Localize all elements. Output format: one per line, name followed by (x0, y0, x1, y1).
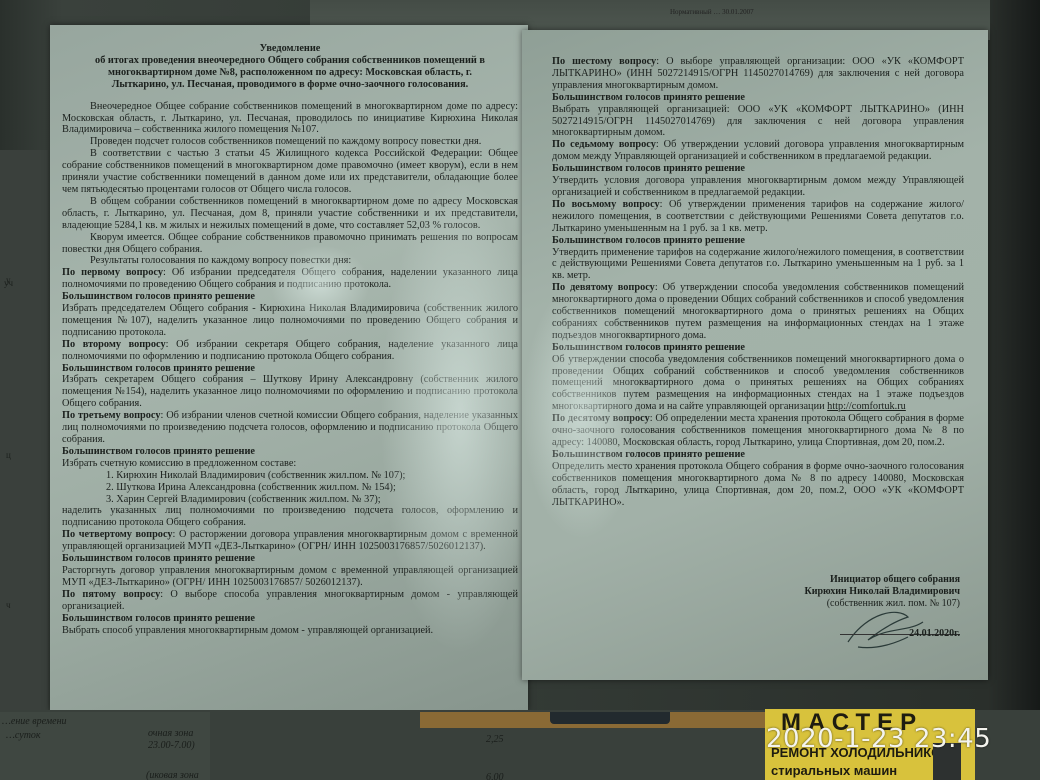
question-label: По четвертому вопросу (62, 529, 173, 540)
signature-scribble (838, 602, 928, 652)
decision-label: Большинством голосов принято решение (62, 446, 518, 458)
question-10: По десятому вопросу: Об определении мест… (552, 413, 964, 449)
decision-text: Избрать председателем Общего собрания - … (62, 303, 518, 339)
question-label: По девятому вопросу (552, 282, 655, 293)
fragment-text: 23.00-7.00) (148, 740, 195, 751)
question-9: По девятому вопросу: Об утверждении спос… (552, 282, 964, 342)
fragment-text: очная зона (148, 728, 193, 739)
intro-paragraph: Кворум имеется. Общее собрание собственн… (62, 232, 518, 256)
question-7: По седьмому вопросу: Об утверждении усло… (552, 139, 964, 163)
decision-text: Утвердить условия договора управления мн… (552, 175, 964, 199)
fragment-text: (иковая зона (146, 770, 199, 780)
price-text: 2,25 (486, 734, 504, 745)
question-1: По первому вопросу: Об избрании председа… (62, 267, 518, 291)
fragment-text: ч (6, 600, 11, 610)
intro-paragraph: В соответствии с частью 3 статьи 45 Жили… (62, 148, 518, 196)
intro-paragraph: Результаты голосования по каждому вопрос… (62, 255, 518, 267)
commission-member: 1. Кирюхин Николай Владимирович (собстве… (62, 470, 518, 482)
question-label: По пятому вопросу (62, 589, 160, 600)
photo-timestamp: 2020-1-23 23:45 (766, 724, 991, 754)
signature-role: Инициатор общего собрания (804, 574, 960, 586)
notice-page-right: По шестому вопросу: О выборе управляющей… (522, 30, 988, 680)
question-8: По восьмому вопросу: Об утверждении прим… (552, 199, 964, 235)
decision-text: Выбрать управляющей организацией: ООО «У… (552, 104, 964, 140)
question-label: По восьмому вопросу (552, 199, 660, 210)
question-label: По второму вопросу (62, 339, 166, 350)
decision-text: Об утверждении способа уведомления собст… (552, 354, 964, 414)
signature-date: 24.01.2020г. (909, 628, 960, 639)
decision-label: Большинством голосов принято решение (62, 291, 518, 303)
decision-label: Большинством голосов принято решение (552, 163, 964, 175)
notice-subtitle: об итогах проведения внеочередного Общег… (62, 55, 518, 91)
decision-label: Большинством голосов принято решение (62, 363, 518, 375)
question-6: По шестому вопросу: О выборе управляющей… (552, 56, 964, 92)
intro-paragraph: Проведен подсчет голосов собственников п… (62, 136, 518, 148)
notice-right-text: По шестому вопросу: О выборе управляющей… (552, 56, 964, 508)
decision-label: Большинством голосов принято решение (552, 449, 964, 461)
decision-label: Большинством голосов принято решение (62, 553, 518, 565)
question-4: По четвертому вопросу: О расторжении дог… (62, 529, 518, 553)
decision-text: Избрать счетную комиссию в предложенном … (62, 458, 518, 470)
decision-label: Большинством голосов принято решение (552, 342, 964, 354)
ad-line: стиральных машин (771, 763, 897, 778)
decision-label: Большинством голосов принято решение (62, 613, 518, 625)
question-label: По седьмому вопросу (552, 139, 656, 150)
decision-text: Выбрать способ управления многоквартирны… (62, 625, 518, 637)
fragment-text: …суток (6, 730, 41, 741)
decision-text: наделить указанных лиц полномочиями по п… (62, 505, 518, 529)
decision-text: Определить место хранения протокола Обще… (552, 461, 964, 509)
intro-paragraph: В общем собрании собственников помещений… (62, 196, 518, 232)
decision-label: Большинством голосов принято решение (552, 235, 964, 247)
commission-member: 3. Харин Сергей Владимирович (собственни… (62, 494, 518, 506)
question-label: По шестому вопросу (552, 56, 656, 67)
question-label: По третьему вопросу (62, 410, 161, 421)
notice-title: Уведомление (62, 43, 518, 55)
price-text: 6,00 (486, 772, 504, 780)
decision-text: Избрать секретарем Общего собрания – Шут… (62, 374, 518, 410)
notice-page-left: Уведомление об итогах проведения внеочер… (50, 25, 528, 710)
notice-left-text: Уведомление об итогах проведения внеочер… (62, 43, 518, 636)
colored-strip (420, 712, 770, 728)
fragment-text: уч (4, 278, 13, 288)
left-background-paper: у уч ц ч (0, 150, 48, 710)
schedule-paper: …ение времени …суток очная зона 23.00-7.… (0, 712, 210, 780)
question-label: По первому вопросу (62, 267, 163, 278)
question-label: По десятому вопросу (552, 413, 650, 424)
fragment-text: …ение времени (2, 716, 67, 727)
decision-label: Большинством голосов принято решение (552, 92, 964, 104)
company-website-link[interactable]: http://comfortuk.ru (827, 401, 906, 412)
question-5: По пятому вопросу: О выборе способа упра… (62, 589, 518, 613)
question-2: По второму вопросу: Об избрании секретар… (62, 339, 518, 363)
decision-text: Расторгнуть договор управления многоквар… (62, 565, 518, 589)
question-3: По третьему вопросу: Об избрании членов … (62, 410, 518, 446)
intro-paragraph: Внеочередное Общее собрание собственнико… (62, 101, 518, 137)
commission-member: 2. Шуткова Ирина Александровна (собствен… (62, 482, 518, 494)
background-sheet-label: Нормативный … 30.01.2007 (670, 8, 754, 16)
fragment-text: ц (6, 450, 11, 460)
decision-text: Утвердить применение тарифов на содержан… (552, 247, 964, 283)
signature-name: Кирюхин Николай Владимирович (804, 586, 960, 598)
